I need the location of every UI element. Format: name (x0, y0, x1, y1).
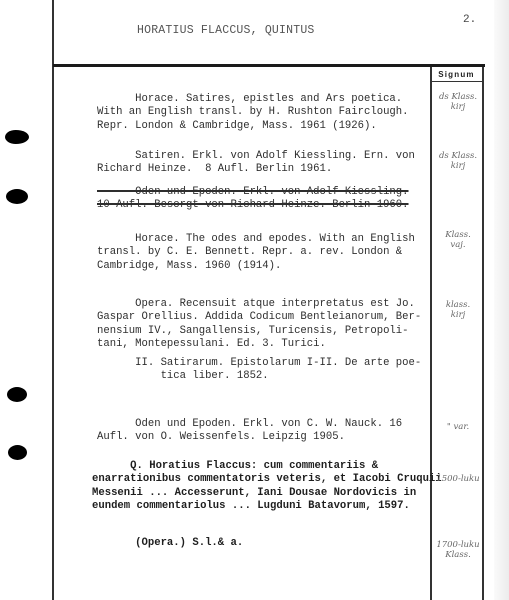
signum-annotation: ds Klass. kirj (434, 151, 482, 171)
catalog-entry: Opera. Recensuit atque interpretatus est… (97, 298, 432, 351)
signum-annotation: 1700-luku Klass. (434, 540, 482, 560)
punch-hole-3 (7, 387, 27, 402)
catalog-entry: Q. Horatius Flaccus: cum commentariis & … (92, 460, 427, 513)
catalog-entry: Oden und Epoden. Erkl. von C. W. Nauck. … (97, 418, 432, 445)
struck-text: Oden und Epoden. Erkl. von Adolf Kiessli… (97, 186, 409, 211)
catalog-entry: Satiren. Erkl. von Adolf Kiessling. Ern.… (97, 150, 432, 177)
signum-annotation: klass. kirj (434, 300, 482, 320)
catalog-entry-volume: II. Satirarum. Epistolarum I-II. De arte… (97, 357, 432, 384)
punch-hole-4 (8, 445, 27, 460)
page-edge-shadow (494, 0, 509, 600)
catalog-entry: Horace. The odes and epodes. With an Eng… (97, 233, 432, 273)
author-heading: HORATIUS FLACCUS, QUINTUS (137, 24, 315, 37)
punch-hole-1 (5, 130, 29, 144)
catalog-entry-struck: Oden und Epoden. Erkl. von Adolf Kiessli… (97, 186, 432, 213)
signum-column-header: Signum (431, 67, 482, 82)
signum-annotation: Klass. vaj. (434, 230, 482, 250)
punch-hole-2 (6, 189, 28, 204)
signum-column-border-right (482, 67, 484, 600)
signum-annotation: ds Klass. kirj (434, 92, 482, 112)
signum-annotation: " var. (434, 422, 482, 432)
catalog-entry: Horace. Satires, epistles and Ars poetic… (97, 93, 432, 133)
catalog-entry: (Opera.) S.l.& a. (97, 537, 432, 550)
signum-annotation: 1500-luku (434, 474, 482, 484)
left-margin-rule (52, 0, 54, 600)
heading-rule (53, 64, 485, 67)
card-page-number: 2. (463, 14, 476, 26)
